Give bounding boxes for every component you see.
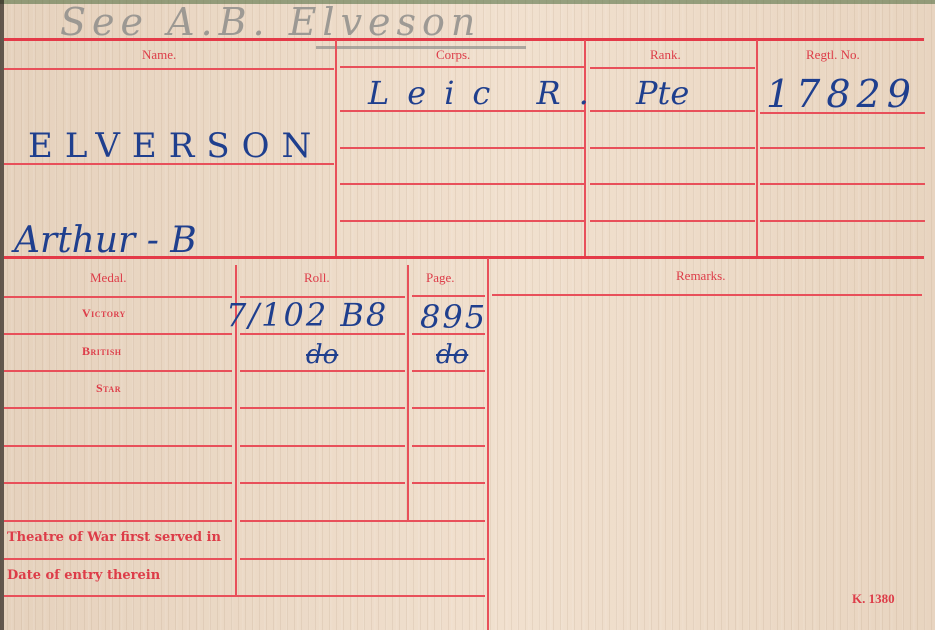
ruled-line <box>4 407 232 409</box>
regtl-no-label: Regtl. No. <box>806 47 860 63</box>
ruled-line <box>412 407 485 409</box>
medal-index-card: See A.B. Elveson Name. Corps. Rank. Regt… <box>0 0 935 630</box>
ruled-line <box>240 407 405 409</box>
form-number: K. 1380 <box>852 591 895 607</box>
ruled-line <box>240 370 405 372</box>
ruled-line <box>4 333 232 335</box>
theatre-of-war-label: Theatre of War first served in <box>7 530 221 545</box>
ruled-line <box>4 520 232 522</box>
ruled-line <box>590 220 755 222</box>
medal-header: Medal. <box>90 270 126 286</box>
corps-label: Corps. <box>436 47 470 63</box>
middle-rule <box>4 256 924 259</box>
victory-page-value: 895 <box>420 298 487 336</box>
ruled-line <box>760 220 925 222</box>
ruled-line <box>4 558 232 560</box>
rank-value: Pte <box>636 74 689 112</box>
medal-british-label: British <box>82 344 122 359</box>
ruled-line <box>240 558 485 560</box>
ruled-line <box>240 520 485 522</box>
ruled-line <box>590 147 755 149</box>
ruled-line <box>4 296 232 298</box>
divider-rank-regtl <box>756 40 758 256</box>
ruled-line <box>4 445 232 447</box>
name-header-rule <box>4 68 334 70</box>
pencil-underline <box>316 46 526 49</box>
ruled-line <box>412 445 485 447</box>
corps-header-rule <box>340 66 585 68</box>
rank-header-rule <box>590 67 755 69</box>
ruled-line <box>4 482 232 484</box>
ruled-line <box>412 295 485 297</box>
rank-label: Rank. <box>650 47 681 63</box>
ruled-line <box>240 482 405 484</box>
ruled-line <box>760 147 925 149</box>
card-left-edge <box>0 0 4 630</box>
remarks-header: Remarks. <box>676 268 725 284</box>
surname-value: ELVERSON <box>28 126 323 166</box>
british-roll-ditto: do <box>306 340 338 370</box>
remarks-header-rule <box>492 294 922 296</box>
ruled-line <box>240 445 405 447</box>
bottom-ruled-line <box>4 595 485 597</box>
ruled-line <box>590 183 755 185</box>
victory-roll-value: 7/102 B8 <box>226 296 388 334</box>
ruled-line <box>412 370 485 372</box>
top-rule <box>4 38 924 41</box>
ruled-line <box>412 482 485 484</box>
divider-name-corps <box>335 40 337 256</box>
forenames-value: Arthur - B <box>14 220 197 261</box>
roll-header: Roll. <box>304 270 330 286</box>
name-label: Name. <box>142 47 176 63</box>
ruled-line <box>340 220 585 222</box>
ruled-line <box>340 183 585 185</box>
date-of-entry-label: Date of entry therein <box>7 568 160 583</box>
british-page-ditto: do <box>436 340 468 370</box>
page-header: Page. <box>426 270 455 286</box>
regimental-number-value: 17829 <box>766 72 917 116</box>
medal-star-label: Star <box>96 381 121 396</box>
medal-victory-label: Victory <box>82 306 126 321</box>
ruled-line <box>4 370 232 372</box>
corps-value: Leic R. <box>368 74 607 112</box>
divider-page-remarks <box>487 258 489 630</box>
divider-roll-page <box>407 265 409 520</box>
ruled-line <box>340 147 585 149</box>
ruled-line <box>760 183 925 185</box>
